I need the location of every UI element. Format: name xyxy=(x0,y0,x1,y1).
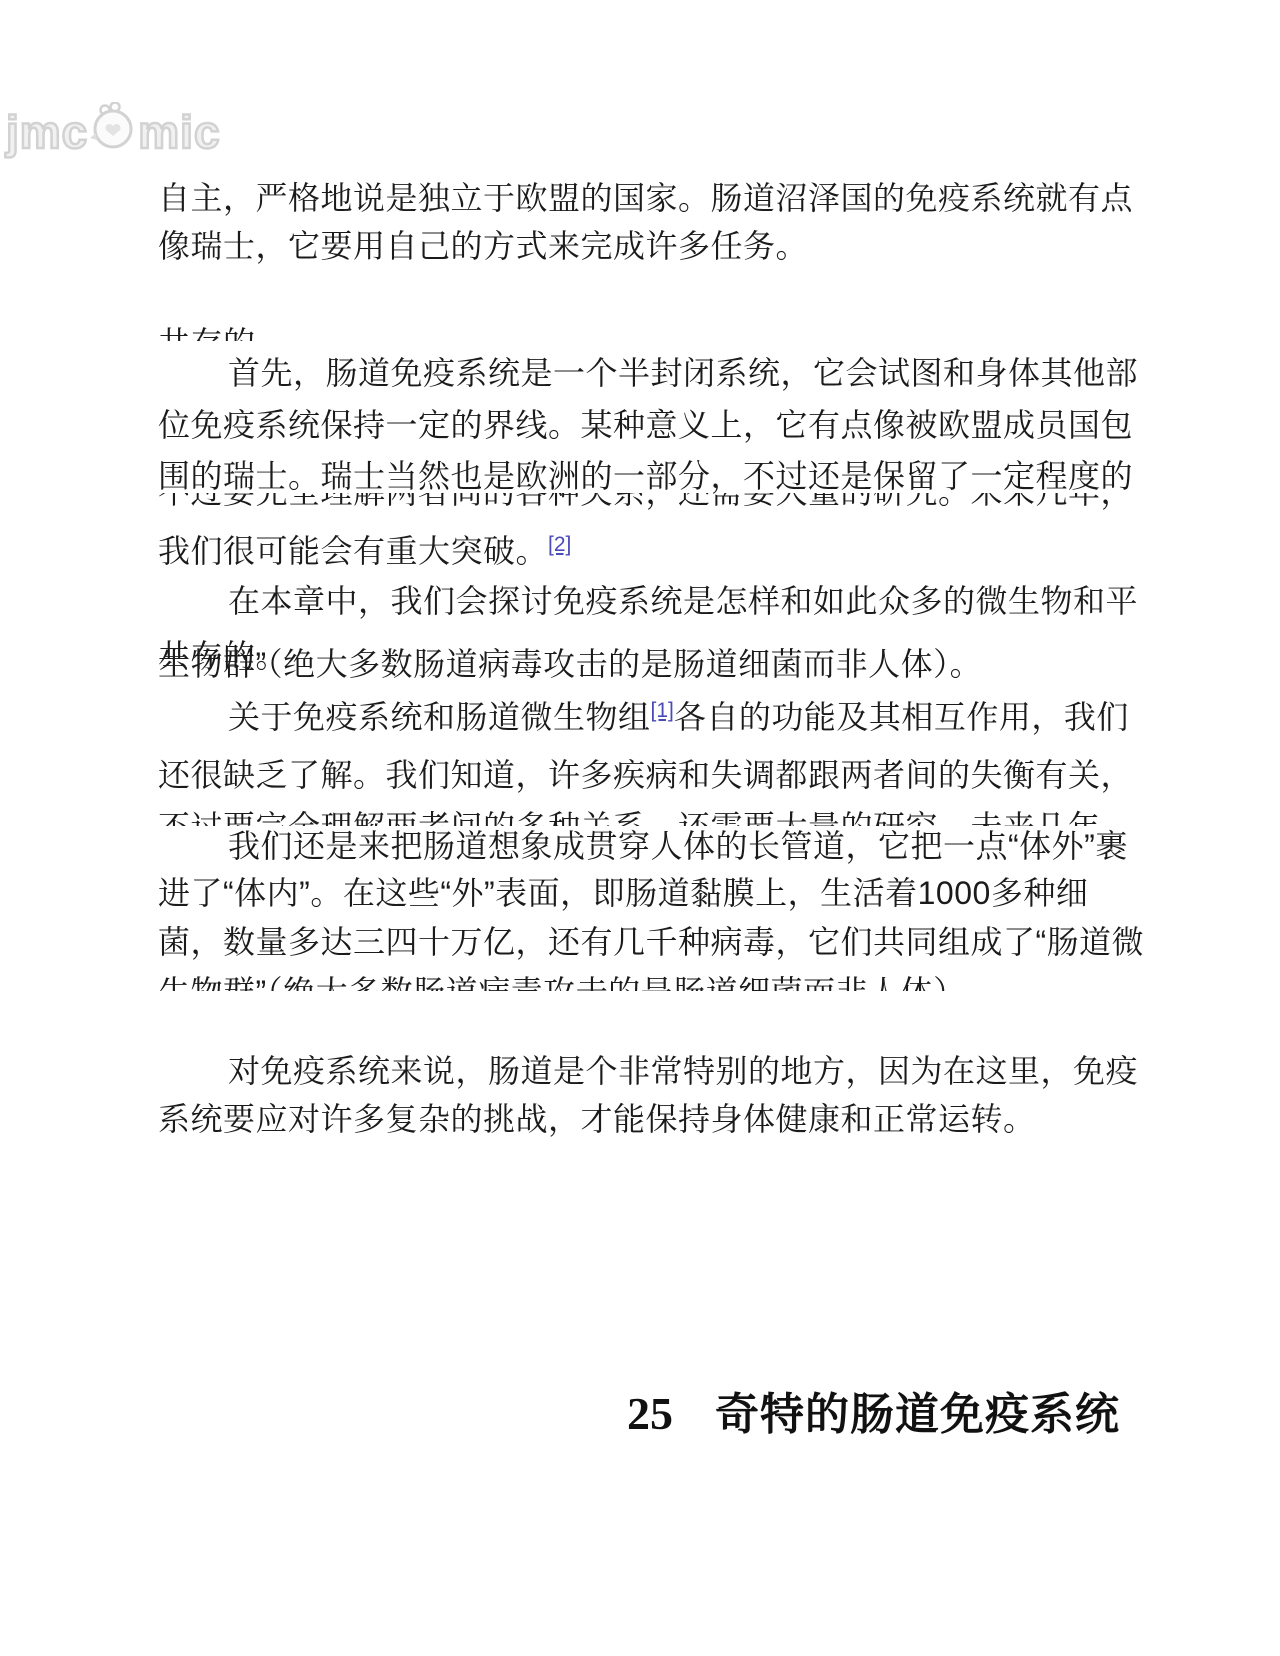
para5-line1-text-a: 关于免疫系统和肠道微生物组 xyxy=(228,699,651,735)
book-page: jmc mic 自主，严格地说是独立于欧盟的国家。肠道沼泽国的免疫系统就有点 像… xyxy=(0,0,1280,1656)
mascot-bird-icon xyxy=(89,102,137,157)
watermark-text-left: jmc xyxy=(6,109,88,155)
para6-line2: 进了“体内”。在这些“外”表面，即肠道黏膜上，生活着1000多种细 xyxy=(158,875,1088,911)
para6-line3: 菌，数量多达三四十万亿，还有几千种病毒，它们共同组成了“肠道微 xyxy=(158,924,1144,960)
para5-line1-text-b: 各自的功能及其相互作用，我们 xyxy=(674,699,1129,735)
footnote-ref-2[interactable]: [2] xyxy=(548,533,571,556)
chapter-number: 25 xyxy=(627,1388,673,1439)
para5-line2: 还很缺乏了解。我们知道，许多疾病和失调都跟两者间的失衡有关， xyxy=(158,757,1133,793)
clipped-line-top-half: 共存的。 xyxy=(158,325,858,341)
clipped-line-top-half: 生物群”（绝大多数肠道病毒攻击的是肠道细菌而非人体） xyxy=(158,974,1208,991)
para7-line1: 对免疫系统来说，肠道是个非常特别的地方，因为在这里，免疫 xyxy=(228,1053,1138,1089)
clipped-line-text: 不过要完全理解两者间的多种关系，还需要大量的研究，未来几年 xyxy=(158,809,1208,826)
footnote-ref-1[interactable]: [1] xyxy=(651,699,674,722)
watermark: jmc mic xyxy=(6,104,221,159)
watermark-text-right: mic xyxy=(138,109,220,155)
para3-line-text: 我们很可能会有重大突破。 xyxy=(158,533,548,569)
para4-line1: 在本章中，我们会探讨免疫系统是怎样和如此众多的微生物和平 xyxy=(228,583,1138,619)
para3-line: 我们很可能会有重大突破。[2] xyxy=(158,533,571,569)
clipped-line-text: 共存的。 xyxy=(158,325,858,341)
para6-line1: 我们还是来把肠道想象成贯穿人体的长管道，它把一点“体外”裹 xyxy=(228,828,1128,864)
clipped-line-top-half: 不过要完全理解两者间的多种关系，还需要大量的研究，未来几年 xyxy=(158,809,1208,826)
clipped-line-text: 生物群”（绝大多数肠道病毒攻击的是肠道细菌而非人体） xyxy=(158,974,1208,991)
ghost-overlap-line: 生物群”（绝大多数肠道病毒攻击的是肠道细菌而非人体）。 xyxy=(158,646,982,682)
para1-line1: 自主，严格地说是独立于欧盟的国家。肠道沼泽国的免疫系统就有点 xyxy=(158,180,1133,216)
para7-line2: 系统要应对许多复杂的挑战，才能保持身体健康和正常运转。 xyxy=(158,1101,1036,1137)
clipped-line-text: 不过要完全理解两者间的各种关系，还需要大量的研究。未来几年， xyxy=(158,493,1208,510)
chapter-title: 奇特的肠道免疫系统 xyxy=(715,1390,1120,1439)
para5-line1: 关于免疫系统和肠道微生物组[1]各自的功能及其相互作用，我们 xyxy=(228,699,1129,735)
para1-line2: 像瑞士，它要用自己的方式来完成许多任务。 xyxy=(158,228,808,264)
para2-line1: 首先，肠道免疫系统是一个半封闭系统，它会试图和身体其他部 xyxy=(228,355,1138,391)
para2-line3: 围的瑞士。瑞士当然也是欧洲的一部分，不过还是保留了一定程度的 xyxy=(158,458,1133,494)
chapter-heading: 25奇特的肠道免疫系统 xyxy=(627,1378,1120,1442)
clipped-line-bottom-half: 不过要完全理解两者间的各种关系，还需要大量的研究。未来几年， xyxy=(158,493,1208,513)
para2-line2: 位免疫系统保持一定的界线。某种意义上，它有点像被欧盟成员国包 xyxy=(158,407,1133,443)
